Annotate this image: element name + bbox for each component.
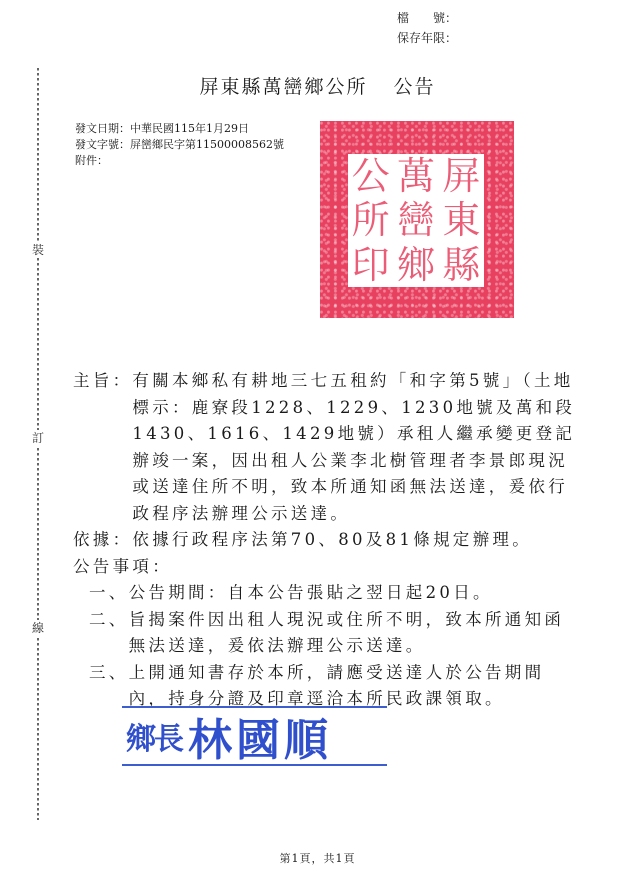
item-number: 一、 (89, 580, 129, 607)
announcement-body: 主旨： 有關本鄉私有耕地三七五租約「和字第5號」（土地標示：鹿寮段1228、12… (73, 368, 585, 713)
file-meta: 檔 號： 保存年限： (397, 8, 457, 48)
attachment-row: 附件： (75, 153, 284, 169)
item-text: 公告期間：自本公告張貼之翌日起20日。 (129, 580, 581, 607)
title-org: 屏東縣萬巒鄉公所 (199, 76, 367, 98)
basis-text: 依據行政程序法第70、80及81條規定辦理。 (132, 527, 585, 554)
page-title: 屏東縣萬巒鄉公所公告 (0, 72, 635, 99)
seal-char: 印 (348, 243, 393, 287)
item-number: 三、 (89, 660, 129, 713)
subject-text: 有關本鄉私有耕地三七五租約「和字第5號」（土地標示：鹿寮段1228、1229、1… (132, 368, 585, 527)
seal-inner: 屏 東 縣 萬 巒 鄉 公 所 印 (348, 154, 484, 287)
retention-row: 保存年限： (397, 28, 457, 48)
retention-label: 保存年限： (397, 28, 457, 48)
subject-label: 主旨： (73, 368, 132, 527)
seal-char: 巒 (393, 198, 438, 242)
page-number: 第1頁，共1頁 (0, 850, 635, 866)
doc-number-value: 屏巒鄉民字第11500008562號 (130, 138, 284, 151)
seal-char: 屏 (439, 154, 484, 198)
seal-char: 公 (348, 154, 393, 198)
announcement-item: 一、 公告期間：自本公告張貼之翌日起20日。 (73, 580, 585, 607)
item-number: 二、 (89, 607, 129, 660)
official-seal: 屏 東 縣 萬 巒 鄉 公 所 印 (320, 121, 514, 318)
attachment-label: 附件： (75, 154, 108, 167)
date-row: 發文日期：中華民國115年1月29日 (75, 121, 284, 137)
seal-char: 所 (348, 198, 393, 242)
items-heading: 公告事項： (73, 554, 585, 581)
binding-char-ding: 訂 (30, 430, 46, 446)
signature-name: 林國順 (188, 704, 332, 768)
seal-char: 萬 (393, 154, 438, 198)
date-label: 發文日期： (75, 122, 130, 135)
signature-title: 鄉長 (126, 714, 182, 758)
seal-char: 東 (439, 198, 484, 242)
township-chief-signature-stamp: 鄉長 林國順 (122, 706, 387, 766)
header-info: 發文日期：中華民國115年1月29日 發文字號：屏巒鄉民字第1150000856… (75, 121, 284, 169)
date-value: 中華民國115年1月29日 (130, 122, 249, 135)
basis-label: 依據： (73, 527, 132, 554)
seal-char: 縣 (439, 243, 484, 287)
binding-char-zhuang: 裝 (30, 242, 46, 258)
title-doc-type: 公告 (394, 76, 436, 98)
doc-number-label: 發文字號： (75, 138, 130, 151)
binding-char-xian: 線 (30, 620, 46, 636)
subject-paragraph: 主旨： 有關本鄉私有耕地三七五租約「和字第5號」（土地標示：鹿寮段1228、12… (73, 368, 585, 527)
file-number-row: 檔 號： (397, 8, 457, 28)
seal-char: 鄉 (393, 243, 438, 287)
announcement-item: 二、 旨揭案件因出租人現況或住所不明，致本所通知函無法送達，爰依法辦理公示送達。 (73, 607, 585, 660)
file-number-label: 檔 號： (397, 8, 457, 28)
item-text: 旨揭案件因出租人現況或住所不明，致本所通知函無法送達，爰依法辦理公示送達。 (129, 607, 581, 660)
basis-paragraph: 依據： 依據行政程序法第70、80及81條規定辦理。 (73, 527, 585, 554)
doc-number-row: 發文字號：屏巒鄉民字第11500008562號 (75, 137, 284, 153)
